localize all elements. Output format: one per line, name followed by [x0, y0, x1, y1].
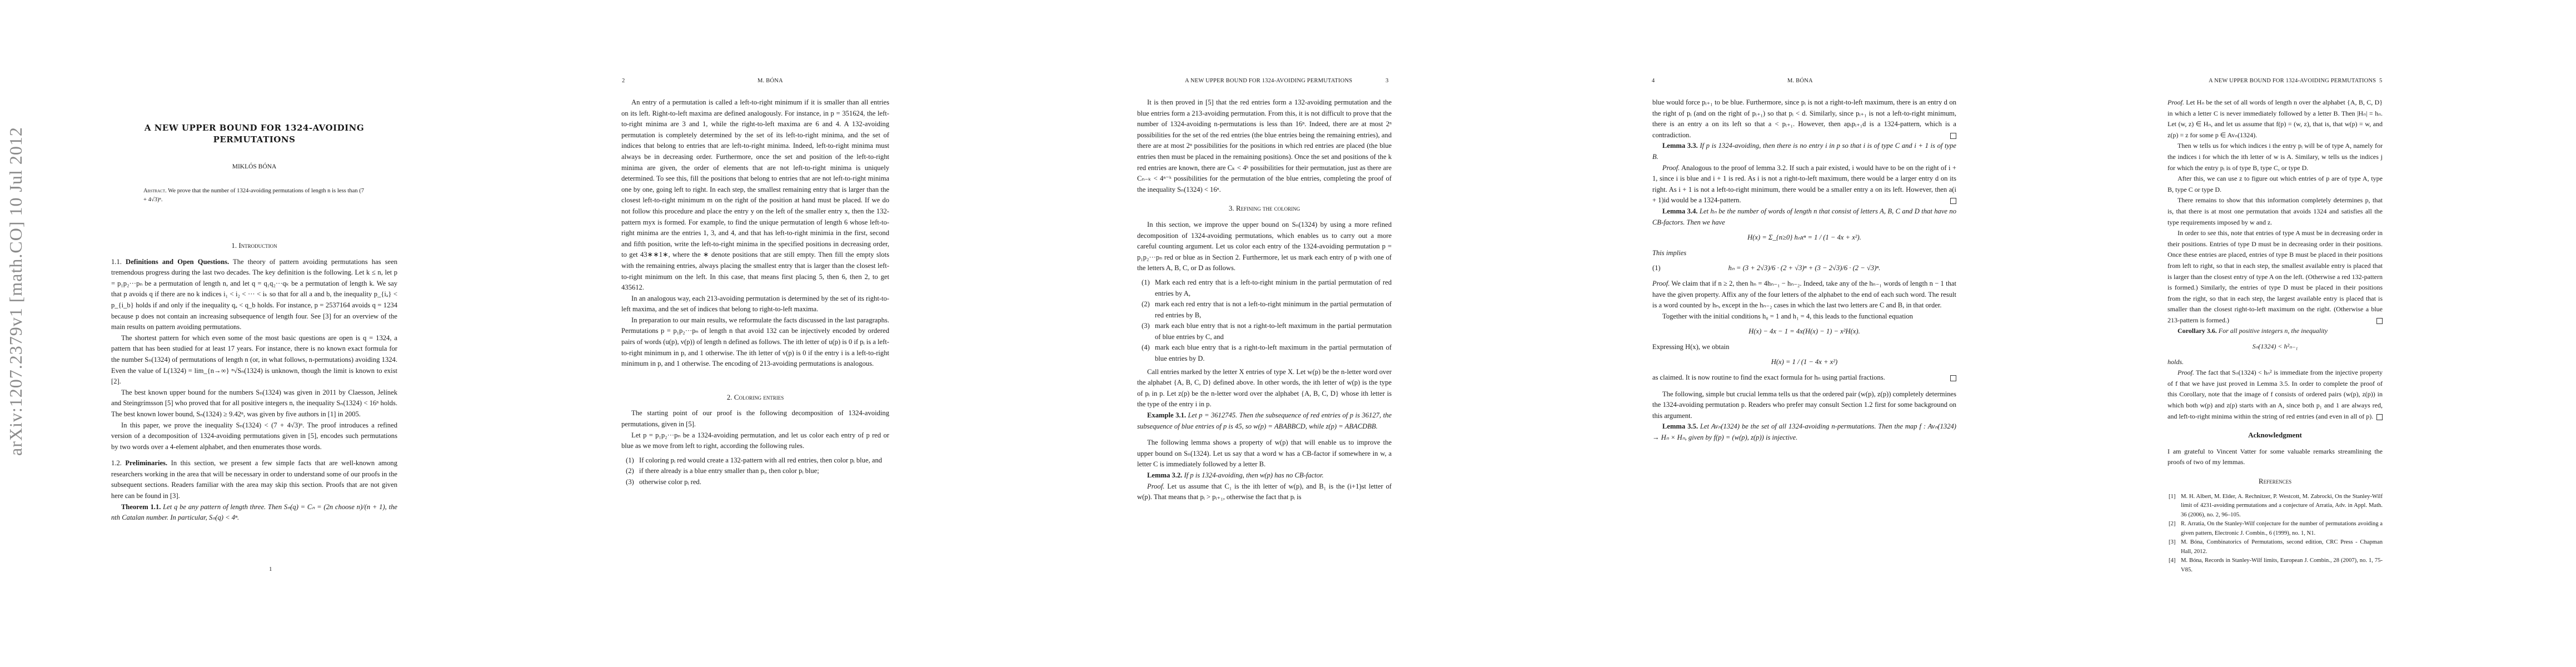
reference-item: [1]M. H. Albert, M. Elder, A. Rechnitzer…	[2168, 492, 2383, 520]
proof: Proof. The fact that Sₙ(1324) < hₙ² is i…	[2168, 367, 2383, 422]
paragraph: An entry of a permutation is called a le…	[621, 97, 889, 293]
equation-hn: (1) hₙ = (3 + 2√3)/6 · (2 + √3)ⁿ + (3 − …	[1652, 263, 1956, 274]
paragraph: In an analogous way, each 213-avoiding p…	[621, 293, 889, 315]
paragraph: It is then proved in [5] that the red en…	[1137, 97, 1392, 195]
reference-number: [2]	[2169, 520, 2175, 529]
paragraph: 1.1. Definitions and Open Questions. The…	[111, 257, 397, 333]
paragraph: There remains to show that this informat…	[2168, 195, 2383, 228]
page-number: 2	[622, 78, 625, 84]
lemma-text: If p is 1324-avoiding, then there is no …	[1652, 142, 1956, 161]
subsection-title: Preliminaries.	[125, 459, 167, 467]
subsection-number: 1.1.	[111, 258, 122, 266]
paragraph: The shortest pattern for which even some…	[111, 333, 397, 387]
list-number: (2)	[1142, 299, 1150, 310]
page-2: 2 M. BÓNA An entry of a permutation is c…	[515, 0, 1030, 667]
reference-text: M. H. Albert, M. Elder, A. Rechnitzer, P…	[2181, 494, 2383, 518]
proof-text: Let us assume that C₁ is the ith letter …	[1137, 482, 1392, 501]
proof-text: Analogous to the proof of lemma 3.2. If …	[1652, 164, 1956, 205]
lemma-label: Lemma 3.3.	[1662, 142, 1698, 150]
list-text: otherwise color pᵢ red.	[639, 478, 701, 486]
corollary: Corollary 3.6. For all positive integers…	[2168, 326, 2383, 337]
title-line-1: A NEW UPPER BOUND FOR 1324-AVOIDING	[103, 122, 406, 134]
page-5-body: Proof. Let Hₙ be the set of all words of…	[2168, 97, 2383, 577]
reference-number: [1]	[2169, 492, 2175, 502]
abstract-label: Abstract.	[143, 188, 167, 194]
list-number: (1)	[626, 455, 634, 466]
running-head: M. BÓNA	[758, 78, 783, 84]
proof-label: Proof.	[1652, 280, 1670, 287]
page-5: A NEW UPPER BOUND FOR 1324-AVOIDING PERM…	[2145, 0, 2576, 667]
running-head: A NEW UPPER BOUND FOR 1324-AVOIDING PERM…	[2209, 78, 2376, 84]
section-heading-introduction: 1. Introduction	[111, 240, 397, 251]
page-number: 5	[2379, 78, 2382, 84]
lemma: Lemma 3.2. If p is 1324-avoiding, then w…	[1137, 470, 1392, 481]
lemma-text: Let hₙ be the number of words of length …	[1652, 207, 1956, 226]
paragraph: The following lemma shows a property of …	[1137, 437, 1392, 470]
paragraph: 1.2. Preliminaries. In this section, we …	[111, 458, 397, 501]
list-item: (4)mark each blue entry that is a right-…	[1137, 342, 1392, 364]
lemma: Lemma 3.4. Let hₙ be the number of words…	[1652, 206, 1956, 228]
equation-number: (1)	[1652, 263, 1661, 274]
page-4-body: blue would force pᵢ₊₁ to be blue. Furthe…	[1652, 97, 1956, 444]
proof: Proof. We claim that if n ≥ 2, then hₙ =…	[1652, 278, 1956, 311]
proof-label: Proof.	[1662, 164, 1680, 172]
list-text: mark each blue entry that is not a right…	[1155, 322, 1392, 341]
paragraph: Together with the initial conditions h₀ …	[1652, 311, 1956, 322]
title-line-2: PERMUTATIONS	[103, 134, 406, 146]
example: Example 3.1. Let p = 3612745. Then the s…	[1137, 410, 1392, 432]
reference-text: M. Bóna, Combinatorics of Permutations, …	[2181, 539, 2383, 555]
reference-text: M. Bóna, Records in Stanley-Wilf limits,…	[2181, 558, 2383, 573]
section-heading-coloring: 2. Coloring entries	[621, 392, 889, 403]
list-text: if there already is a blue entry smaller…	[639, 467, 819, 475]
lemma-label: Lemma 3.2.	[1147, 471, 1182, 479]
acknowledgment-text: I am grateful to Vincent Vatter for some…	[2168, 446, 2383, 468]
lemma-label: Lemma 3.4.	[1662, 207, 1698, 215]
list-number: (2)	[626, 466, 634, 477]
lemma-text: If p is 1324-avoiding, then w(p) has no …	[1184, 471, 1323, 479]
equation-functional: H(x) − 4x − 1 = 4x(H(x) − 1) − x²H(x).	[1652, 326, 1956, 337]
paragraph: The best known upper bound for the numbe…	[111, 387, 397, 420]
equation-text: hₙ = (3 + 2√3)/6 · (2 + √3)ⁿ + (3 − 2√3)…	[1728, 264, 1881, 272]
proof-label: Proof.	[2178, 369, 2194, 376]
paragraph: In preparation to our main results, we r…	[621, 315, 889, 370]
example-label: Example 3.1.	[1147, 411, 1186, 419]
equation-corollary: Sₙ(1324) < h²ₙ₋₁	[2168, 341, 2383, 352]
qed-box-icon	[2376, 414, 2383, 420]
subsection-title: Definitions and Open Questions.	[126, 258, 229, 266]
list-number: (1)	[1142, 277, 1150, 288]
list-number: (3)	[1142, 321, 1150, 332]
reference-number: [4]	[2169, 556, 2175, 566]
paragraph: Call entries marked by the letter X entr…	[1137, 367, 1392, 410]
proof: Proof. Analogous to the proof of lemma 3…	[1652, 163, 1956, 206]
page-2-body: An entry of a permutation is called a le…	[621, 97, 889, 490]
paragraph: Expressing H(x), we obtain	[1652, 342, 1956, 353]
arxiv-stamp: arXiv:1207.2379v1 [math.CO] 10 Jul 2012	[6, 127, 26, 456]
paragraph: as claimed. It is now routine to find th…	[1652, 372, 1956, 384]
paragraph-text: The theory of pattern avoiding permutati…	[111, 258, 397, 331]
proof: Proof. Let us assume that C₁ is the ith …	[1137, 481, 1392, 503]
qed-box-icon	[1950, 375, 1956, 381]
paragraph: Let p = p₁p₂···pₙ be a 1324-avoiding per…	[621, 430, 889, 452]
reference-item: [2]R. Arratia, On the Stanley-Wilf conje…	[2168, 520, 2383, 538]
list-item: (1)If coloring pᵢ red would create a 132…	[621, 455, 889, 466]
acknowledgment-heading: Acknowledgment	[2168, 430, 2383, 441]
reference-item: [3]M. Bóna, Combinatorics of Permutation…	[2168, 538, 2383, 556]
page-1-body: 1. Introduction 1.1. Definitions and Ope…	[111, 232, 397, 524]
paragraph: blue would force pᵢ₊₁ to be blue. Furthe…	[1652, 97, 1956, 141]
qed-box-icon	[1950, 198, 1956, 204]
qed-box-icon	[1950, 133, 1956, 139]
lemma-text: Let Avₙ(1324) be the set of all 1324-avo…	[1652, 422, 1956, 441]
theorem: Theorem 1.1. Let q be any pattern of len…	[111, 502, 397, 524]
author-name: MIKLÓS BÓNA	[103, 163, 406, 170]
proof-text: We claim that if n ≥ 2, then hₙ = 4hₙ₋₁ …	[1652, 280, 1956, 309]
corollary-holds: holds.	[2168, 357, 2383, 368]
subsection-number: 1.2.	[111, 459, 122, 467]
theorem-label: Theorem 1.1.	[121, 503, 161, 511]
references-list: [1]M. H. Albert, M. Elder, A. Rechnitzer…	[2168, 492, 2383, 575]
reference-number: [3]	[2169, 538, 2175, 547]
list-number: (4)	[1142, 342, 1150, 354]
corollary-label: Corollary 3.6.	[2178, 327, 2217, 335]
qed-box-icon	[2376, 318, 2383, 324]
paragraph: In this paper, we prove the inequality S…	[111, 420, 397, 453]
paragraph: After this, we can use z to figure out w…	[2168, 173, 2383, 195]
page-number: 3	[1386, 78, 1388, 84]
list-text: Mark each red entry that is a left-to-ri…	[1155, 278, 1392, 297]
section-heading-refining: 3. Refining the coloring	[1137, 203, 1392, 214]
paragraph-text: as claimed. It is now routine to find th…	[1652, 374, 1885, 381]
corollary-text: For all positive integers n, the inequal…	[2219, 327, 2328, 335]
list-number: (3)	[626, 477, 634, 488]
marking-rules-list: (1)Mark each red entry that is a left-to…	[1137, 277, 1392, 365]
list-item: (3)otherwise color pᵢ red.	[621, 477, 889, 488]
list-text: mark each blue entry that is a right-to-…	[1155, 344, 1392, 362]
page-3-body: It is then proved in [5] that the red en…	[1137, 97, 1392, 503]
page-1: arXiv:1207.2379v1 [math.CO] 10 Jul 2012 …	[0, 0, 515, 667]
paragraph: The starting point of our proof is the f…	[621, 408, 889, 430]
running-head: M. BÓNA	[1787, 78, 1813, 84]
references-heading: References	[2168, 476, 2383, 487]
abstract-text: We prove that the number of 1324-avoidin…	[143, 188, 364, 203]
page-3: A NEW UPPER BOUND FOR 1324-AVOIDING PERM…	[1030, 0, 1612, 667]
paragraph: The following, simple but crucial lemma …	[1652, 389, 1956, 422]
paper-title: A NEW UPPER BOUND FOR 1324-AVOIDING PERM…	[103, 122, 406, 146]
page-number: 1	[269, 566, 272, 573]
proof-text: Let Hₙ be the set of all words of length…	[2168, 98, 2383, 139]
list-item: (1)Mark each red entry that is a left-to…	[1137, 277, 1392, 299]
list-item: (2)if there already is a blue entry smal…	[621, 466, 889, 477]
list-text: mark each red entry that is not a left-t…	[1155, 300, 1392, 319]
equation-hx: H(x) = 1 / (1 − 4x + x²)	[1652, 357, 1956, 368]
proof-label: Proof.	[2168, 98, 2184, 106]
page-4: 4 M. BÓNA blue would force pᵢ₊₁ to be bl…	[1612, 0, 2145, 667]
proof: Proof. Let Hₙ be the set of all words of…	[2168, 97, 2383, 141]
proof-text: The fact that Sₙ(1324) < hₙ² is immediat…	[2168, 369, 2383, 420]
equation-generating-function: H(x) = Σ_{n≥0} hₙxⁿ = 1 / (1 − 4x + x²).	[1652, 232, 1956, 243]
list-text: If coloring pᵢ red would create a 132-pa…	[639, 456, 882, 464]
list-item: (3)mark each blue entry that is not a ri…	[1137, 321, 1392, 342]
page-number: 4	[1652, 78, 1655, 84]
reference-item: [4]M. Bóna, Records in Stanley-Wilf limi…	[2168, 556, 2383, 575]
list-item: (2)mark each red entry that is not a lef…	[1137, 299, 1392, 321]
paragraph: Then w tells us for which indices i the …	[2168, 141, 2383, 173]
running-head: A NEW UPPER BOUND FOR 1324-AVOIDING PERM…	[1185, 78, 1352, 84]
paragraph: In this section, we improve the upper bo…	[1137, 220, 1392, 274]
proof-label: Proof.	[1147, 482, 1164, 490]
implies-text: This implies	[1652, 248, 1956, 259]
coloring-rules-list: (1)If coloring pᵢ red would create a 132…	[621, 455, 889, 488]
reference-text: R. Arratia, On the Stanley-Wilf conjectu…	[2181, 521, 2383, 536]
paragraph-text: In order to see this, note that entries …	[2168, 229, 2383, 324]
abstract: Abstract. We prove that the number of 13…	[143, 187, 366, 205]
lemma: Lemma 3.5. Let Avₙ(1324) be the set of a…	[1652, 421, 1956, 443]
lemma: Lemma 3.3. If p is 1324-avoiding, then t…	[1652, 141, 1956, 162]
lemma-label: Lemma 3.5.	[1662, 422, 1698, 430]
paragraph: In order to see this, note that entries …	[2168, 228, 2383, 326]
paragraph-text: blue would force pᵢ₊₁ to be blue. Furthe…	[1652, 98, 1956, 139]
